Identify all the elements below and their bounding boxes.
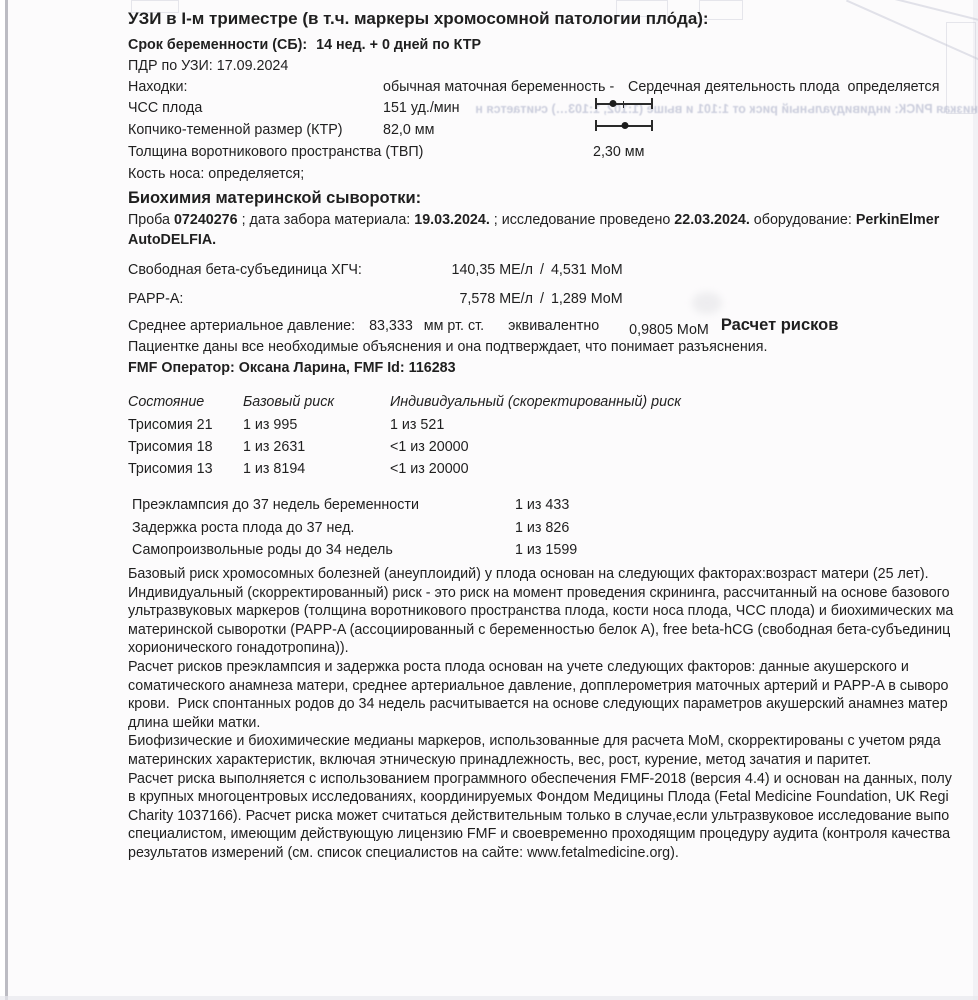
table-row: Задержка роста плода до 37 нед. 1 из 826 (132, 520, 569, 536)
gestational-age-value: 14 нед. + 0 дней по КТР (316, 37, 481, 53)
background-risk-cell: 1 из 8194 (243, 461, 390, 477)
sample-tested-label: ; исследование проведено (490, 212, 675, 228)
other-risk-label: Преэклампсия до 37 недель беременности (132, 497, 515, 513)
range-right-tick (651, 120, 653, 131)
table-row: Трисомия 18 1 из 2631 <1 из 20000 (128, 439, 469, 455)
sample-info-line1: Проба 07240276 ; дата забора материала: … (128, 212, 939, 230)
adjusted-risk-cell: <1 из 20000 (390, 439, 469, 455)
range-left-tick (595, 98, 597, 109)
risk-table-header-adjusted: Индивидуальный (скоректированный) риск (390, 394, 681, 410)
papp-a-value: 7,578 МЕ/л (415, 291, 533, 307)
sample-collect-date: 19.03.2024. (414, 212, 490, 228)
condition-cell: Трисомия 21 (128, 417, 243, 433)
note-line: в крупных многоцентровых исследованиях, … (128, 789, 978, 808)
table-row: Трисомия 13 1 из 8194 <1 из 20000 (128, 461, 469, 477)
note-line: Индивидуальный (скорректированный) риск … (128, 585, 978, 604)
map-value: 83,333 (369, 318, 413, 334)
gestational-age-label: Срок беременности (СБ): (128, 37, 307, 53)
sample-info-line2: AutoDELFIA. (128, 232, 216, 250)
explanatory-notes: Базовый риск хромосомных болезней (анеуп… (128, 566, 978, 864)
crl-label: Копчико-теменной размер (КТР) (128, 122, 383, 138)
ultrasound-section-title: УЗИ в I-м триместре (в т.ч. маркеры хром… (128, 9, 709, 29)
consent-line: Пациентке даны все необходимые объяснени… (128, 339, 767, 357)
bleedthrough-mirrored-text: низкая РИСК: индивидуальный риск от 1:10… (602, 102, 978, 116)
condition-cell: Трисомия 18 (128, 439, 243, 455)
free-beta-hcg-value: 140,35 МЕ/л (415, 262, 533, 278)
note-line: специалистом, имеющим действующую лиценз… (128, 826, 978, 845)
cardiac-activity-note: Сердечная деятельность плода определяетс… (628, 79, 939, 95)
fhr-value: 151 уд./мин (383, 100, 595, 116)
risk-calc-title: Расчет рисков (721, 316, 839, 335)
note-line: материнской сыворотки (PAPP-A (ассоцииро… (128, 622, 978, 641)
risk-table-header-background: Базовый риск (243, 394, 390, 410)
nt-value: 2,30 мм (593, 144, 644, 160)
background-risk-cell: 1 из 995 (243, 417, 390, 433)
adjusted-risk-cell: 1 из 521 (390, 417, 444, 433)
scan-left-edge-line (5, 0, 8, 1000)
edd-line: ПДР по УЗИ: 17.09.2024 (128, 58, 288, 76)
note-line: Базовый риск хромосомных болезней (анеуп… (128, 566, 978, 585)
fmf-operator-line: FMF Оператор: Оксана Ларина, FMF Id: 116… (128, 360, 456, 378)
note-line: Расчет рисков преэклампсия и задержка ро… (128, 659, 978, 678)
scan-bottom-edge-shadow (0, 996, 978, 1000)
other-risk-value: 1 из 433 (515, 497, 569, 513)
slash-separator: / (540, 291, 544, 307)
table-row: Самопроизвольные роды до 34 недель 1 из … (132, 542, 577, 558)
condition-cell: Трисомия 13 (128, 461, 243, 477)
fhr-range-indicator (595, 97, 653, 110)
note-line: хорионического гонадотропина)). (128, 640, 978, 659)
sample-collect-label: ; дата забора материала: (238, 212, 415, 228)
risk-table-header: Состояние Базовый риск Индивидуальный (с… (128, 394, 681, 410)
papp-a-label: PAPP-A: (128, 291, 415, 307)
other-risk-label: Самопроизвольные роды до 34 недель (132, 542, 515, 558)
map-mom: 0,9805 МоМ (629, 322, 709, 338)
findings-value: обычная маточная беременность - (383, 79, 628, 95)
range-right-tick (651, 98, 653, 109)
equipment-label: оборудование: (750, 212, 856, 228)
background-risk-cell: 1 из 2631 (243, 439, 390, 455)
table-row: Трисомия 21 1 из 995 1 из 521 (128, 417, 444, 433)
map-unit: мм рт. ст. (424, 318, 484, 334)
other-risk-value: 1 из 1599 (515, 542, 577, 558)
sample-number: 07240276 (174, 212, 238, 228)
map-label: Среднее артериальное давление: (128, 318, 355, 334)
note-line: Биофизические и биохимические медианы ма… (128, 733, 978, 752)
range-value-dot (622, 122, 629, 129)
table-row: Преэклампсия до 37 недель беременности 1… (132, 497, 569, 513)
crl-value: 82,0 мм (383, 122, 595, 138)
other-risk-value: 1 из 826 (515, 520, 569, 536)
papp-a-mom: 1,289 МоМ (551, 291, 623, 307)
range-value-dot (609, 100, 616, 107)
note-line: Charity 1037166). Расчет риска может счи… (128, 808, 978, 827)
biochem-section-title: Биохимия материнской сыворотки: (128, 189, 421, 208)
range-left-tick (595, 120, 597, 131)
fhr-label: ЧСС плода (128, 100, 383, 116)
scanned-report-page: низкая РИСК: индивидуальный риск от 1:10… (0, 0, 978, 1000)
adjusted-risk-cell: <1 из 20000 (390, 461, 469, 477)
other-risk-label: Задержка роста плода до 37 нед. (132, 520, 515, 536)
note-line: Расчет риска выполняется с использование… (128, 771, 978, 790)
map-equivalent-label: эквивалентно (508, 318, 599, 334)
scan-smudge (692, 292, 722, 314)
free-beta-hcg-label: Свободная бета-субъединица ХГЧ: (128, 262, 415, 278)
note-line: крови. Риск спонтанных родов до 34 недел… (128, 696, 978, 715)
range-mid-tick (623, 101, 624, 108)
nt-label: Толщина воротникового пространства (ТВП) (128, 144, 593, 160)
sample-label: Проба (128, 212, 174, 228)
crl-range-indicator (595, 119, 653, 132)
note-line: соматического анамнеза матери, среднее а… (128, 678, 978, 697)
free-beta-hcg-mom: 4,531 МоМ (551, 262, 623, 278)
equipment-name: PerkinElmer (856, 212, 939, 228)
note-line: материнских характеристик, включая этнич… (128, 752, 978, 771)
bleedthrough-chart-box (946, 22, 976, 114)
note-line: ультразвуковых маркеров (толщина воротни… (128, 603, 978, 622)
findings-label: Находки: (128, 79, 383, 95)
risk-table-header-condition: Состояние (128, 394, 243, 410)
sample-tested-date: 22.03.2024. (674, 212, 750, 228)
nasal-bone-line: Кость носа: определяется; (128, 166, 304, 184)
note-line: результатов измерений (см. список специа… (128, 845, 978, 864)
note-line: длина шейки матки. (128, 715, 978, 734)
slash-separator: / (540, 262, 544, 278)
